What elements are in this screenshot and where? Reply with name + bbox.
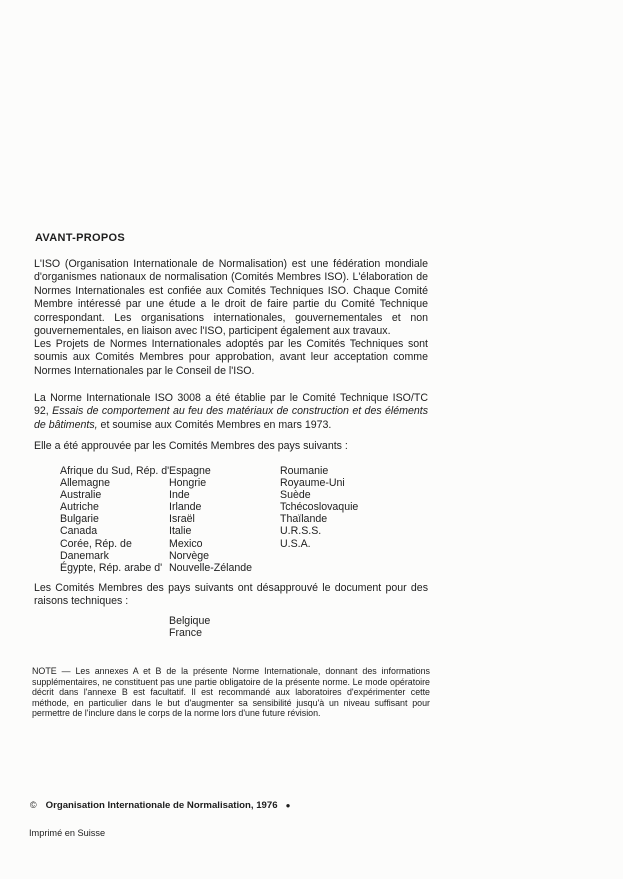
country-name: Irlande bbox=[169, 501, 252, 513]
disapproved-countries-list: BelgiqueFrance bbox=[169, 615, 210, 639]
country-name: Autriche bbox=[60, 501, 169, 513]
country-name: Royaume-Uni bbox=[280, 477, 358, 489]
country-name: Norvège bbox=[169, 550, 252, 562]
document-page: AVANT-PROPOS L'ISO (Organisation Interna… bbox=[0, 0, 623, 879]
copyright-text: Organisation Internationale de Normalisa… bbox=[46, 800, 278, 811]
country-name: France bbox=[169, 627, 210, 639]
country-name: U.S.A. bbox=[280, 538, 358, 550]
country-name: Roumanie bbox=[280, 465, 358, 477]
paragraph-standard-origin: La Norme Internationale ISO 3008 a été é… bbox=[34, 392, 428, 432]
printed-in-text: Imprimé en Suisse bbox=[29, 828, 105, 838]
country-name: Danemark bbox=[60, 550, 169, 562]
country-name: Inde bbox=[169, 489, 252, 501]
country-name: Hongrie bbox=[169, 477, 252, 489]
approved-countries-column-1: Afrique du Sud, Rép. d'AllemagneAustrali… bbox=[60, 465, 169, 574]
country-name: Égypte, Rép. arabe d' bbox=[60, 562, 169, 574]
country-name: Thaïlande bbox=[280, 513, 358, 525]
country-name: Suède bbox=[280, 489, 358, 501]
country-name: Mexico bbox=[169, 538, 252, 550]
country-name: Israël bbox=[169, 513, 252, 525]
country-name: Allemagne bbox=[60, 477, 169, 489]
country-name: Italie bbox=[169, 525, 252, 537]
country-name: U.R.S.S. bbox=[280, 525, 358, 537]
disapproved-countries-intro: Les Comités Membres des pays suivants on… bbox=[34, 582, 428, 609]
country-name: Belgique bbox=[169, 615, 210, 627]
approved-countries-list: Afrique du Sud, Rép. d'AllemagneAustrali… bbox=[0, 465, 623, 577]
standard-origin-suffix: et soumise aux Comités Membres en mars 1… bbox=[98, 419, 332, 431]
country-name: Espagne bbox=[169, 465, 252, 477]
country-name: Bulgarie bbox=[60, 513, 169, 525]
country-name: Afrique du Sud, Rép. d' bbox=[60, 465, 169, 477]
copyright-line: ©Organisation Internationale de Normalis… bbox=[30, 800, 290, 811]
approved-countries-column-3: RoumanieRoyaume-UniSuèdeTchécoslovaquieT… bbox=[280, 465, 358, 550]
country-name: Corée, Rép. de bbox=[60, 538, 169, 550]
approved-countries-intro: Elle a été approuvée par les Comités Mem… bbox=[34, 440, 428, 453]
note-paragraph: NOTE — Les annexes A et B de la présente… bbox=[32, 666, 430, 719]
end-bullet-icon: ● bbox=[286, 801, 291, 810]
copyright-icon: © bbox=[30, 800, 37, 810]
paragraph-draft-standards: Les Projets de Normes Internationales ad… bbox=[34, 338, 428, 378]
paragraph-iso-description: L'ISO (Organisation Internationale de No… bbox=[34, 258, 428, 338]
page-title: AVANT-PROPOS bbox=[35, 232, 125, 244]
country-name: Nouvelle-Zélande bbox=[169, 562, 252, 574]
country-name: Canada bbox=[60, 525, 169, 537]
approved-countries-column-2: EspagneHongrieIndeIrlandeIsraëlItalieMex… bbox=[169, 465, 252, 574]
country-name: Australie bbox=[60, 489, 169, 501]
country-name: Tchécoslovaquie bbox=[280, 501, 358, 513]
